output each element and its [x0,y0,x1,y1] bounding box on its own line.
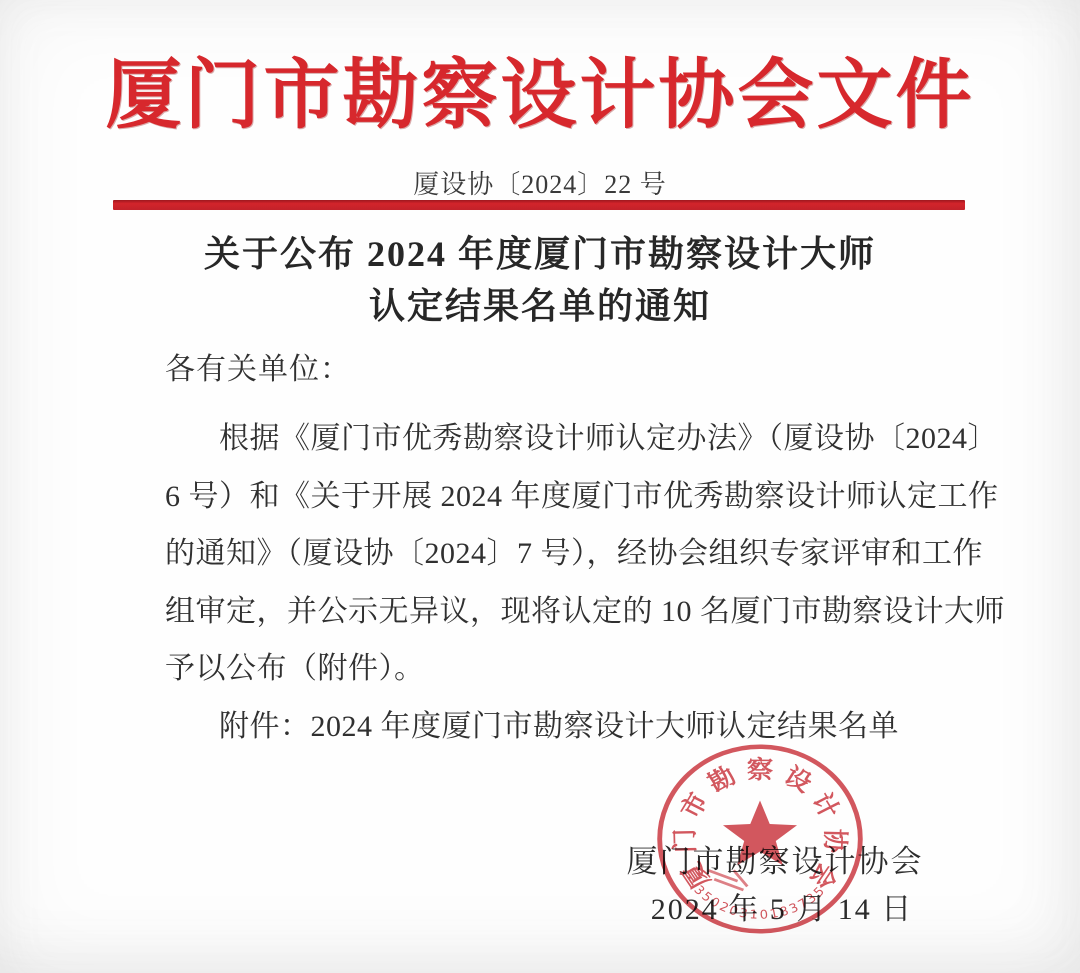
document-number: 厦设协〔2024〕22 号 [0,164,1080,201]
body-paragraph: 根据《厦门市优秀勘察设计师认定办法》（厦设协〔2024〕6 号）和《关于开展 2… [165,410,937,755]
svg-text:市: 市 [676,789,714,823]
svg-text:计: 计 [806,789,844,823]
svg-text:察: 察 [747,756,773,784]
svg-text:会: 会 [804,858,844,893]
body-line: 的通知》（厦设协〔2024〕7 号），经协会组织专家评审和工作 [165,525,937,583]
svg-text:设: 设 [779,762,817,798]
svg-text:门: 门 [670,828,701,853]
seal-serial-number: 35020310183735 [691,882,829,921]
document-page: 厦门市勘察设计协会文件 厦设协〔2024〕22 号 关于公布 2024 年度厦门… [0,0,1080,973]
body-line: 组审定，并公示无异议，现将认定的 10 名厦门市勘察设计大师 [165,583,937,641]
notice-title-line1: 关于公布 2024 年度厦门市勘察设计大师 [0,228,1080,280]
red-divider-rule [113,200,965,210]
body-line: 根据《厦门市优秀勘察设计师认定办法》（厦设协〔2024〕 [165,410,937,468]
official-seal: 35020310183735 厦门市勘察设计协会 [648,736,872,942]
body-line: 予以公布（附件）。 [165,640,937,698]
svg-text:勘: 勘 [703,762,740,797]
salutation: 各有关单位： [165,344,351,388]
seal-star-icon [723,800,797,865]
notice-title: 关于公布 2024 年度厦门市勘察设计大师 认定结果名单的通知 [0,228,1080,332]
svg-text:厦: 厦 [677,858,716,893]
body-line: 6 号）和《关于开展 2024 年度厦门市优秀勘察设计师认定工作 [165,468,937,526]
svg-text:协: 协 [820,828,850,854]
notice-title-line2: 认定结果名单的通知 [0,280,1080,332]
org-header-title: 厦门市勘察设计协会文件 [0,34,1080,143]
